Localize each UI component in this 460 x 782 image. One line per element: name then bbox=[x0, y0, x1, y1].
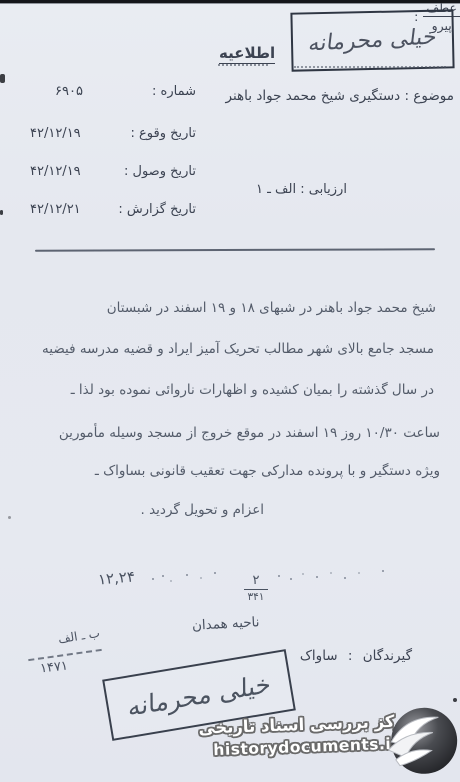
meta-value: ۴۲/۱۲/۱۹ bbox=[30, 126, 81, 141]
margin-note: ۱۴۷۱ bbox=[39, 659, 68, 677]
fraction-denominator: ۳۴۱ bbox=[238, 590, 274, 603]
scan-edge-artifact bbox=[0, 3, 460, 4]
horizontal-rule bbox=[35, 248, 435, 251]
handwritten-fraction: ۲ ۳۴۱ bbox=[238, 569, 274, 603]
handwritten-number: ۱۲,۲۴ bbox=[97, 567, 135, 588]
meta-label: شماره : bbox=[152, 84, 196, 99]
meta-row-report-date: تاریخ گزارش : ۴۲/۱۲/۲۱ bbox=[30, 202, 196, 217]
scan-speck bbox=[0, 210, 3, 215]
subject-line: موضوع : دستگیری شیخ محمد جواد باهنر bbox=[226, 88, 454, 104]
body-line: ساعت ۱۰/۳۰ روز ۱۹ اسفند در موقع خروج از … bbox=[59, 425, 440, 441]
stamp-dotted-line bbox=[294, 66, 446, 68]
watermark-url: historydocuments.ir bbox=[213, 735, 400, 759]
handwritten-note: ناحیه همدان bbox=[192, 614, 260, 634]
meta-row-receipt-date: تاریخ وصول : ۴۲/۱۲/۱۹ bbox=[30, 164, 196, 179]
ink-dots bbox=[152, 578, 154, 580]
body-line: در سال گذشته را بمیان کشیده و اظهارات نا… bbox=[71, 382, 434, 398]
meta-row-number: شماره : ۶۹۰۵ bbox=[55, 84, 196, 99]
confidential-stamp-top: خیلی محرمانه bbox=[290, 9, 454, 71]
margin-note: ب ـ الف bbox=[57, 626, 101, 646]
evaluation-field: ارزیابی : الف ـ ۱ bbox=[256, 182, 347, 197]
scan-speck bbox=[8, 516, 11, 519]
meta-row-occurrence-date: تاریخ وقوع : ۴۲/۱۲/۱۹ bbox=[30, 126, 196, 141]
body-line: ویژه دستگیر و با پرونده مدارکی جهت تعقیب… bbox=[95, 463, 440, 479]
meta-value: ۶۹۰۵ bbox=[55, 84, 83, 99]
body-line: شیخ محمد جواد باهنر در شبهای ۱۸ و ۱۹ اسف… bbox=[107, 300, 436, 316]
scan-speck bbox=[0, 74, 5, 83]
open-book-sphere-logo-icon bbox=[386, 704, 460, 780]
confidential-stamp-bottom-text: خیلی محرمانه bbox=[127, 668, 270, 721]
ink-dots bbox=[278, 575, 280, 577]
scan-speck bbox=[453, 698, 457, 702]
meta-label: تاریخ وصول : bbox=[124, 164, 196, 179]
body-line: اعزام و تحویل گردید . bbox=[141, 502, 265, 518]
confidential-stamp-top-text: خیلی محرمانه bbox=[307, 24, 438, 56]
meta-value: ۴۲/۱۲/۲۱ bbox=[30, 202, 81, 217]
scanned-document-page: خیلی محرمانه اطلاعیه موضوع : دستگیری شیخ… bbox=[0, 0, 460, 782]
meta-label: تاریخ وقوع : bbox=[131, 126, 196, 141]
meta-value: ۴۲/۱۲/۱۹ bbox=[30, 164, 81, 179]
body-line: مسجد جامع بالای شهر مطالب تحریک آمیز ایر… bbox=[42, 341, 434, 357]
recipients-line: گیرندگان : ساواک bbox=[300, 648, 412, 664]
notice-dotted-underline bbox=[218, 64, 268, 66]
notice-label: اطلاعیه bbox=[219, 44, 275, 64]
meta-label: تاریخ گزارش : bbox=[118, 202, 196, 217]
fraction-numerator: ۲ bbox=[244, 573, 269, 590]
